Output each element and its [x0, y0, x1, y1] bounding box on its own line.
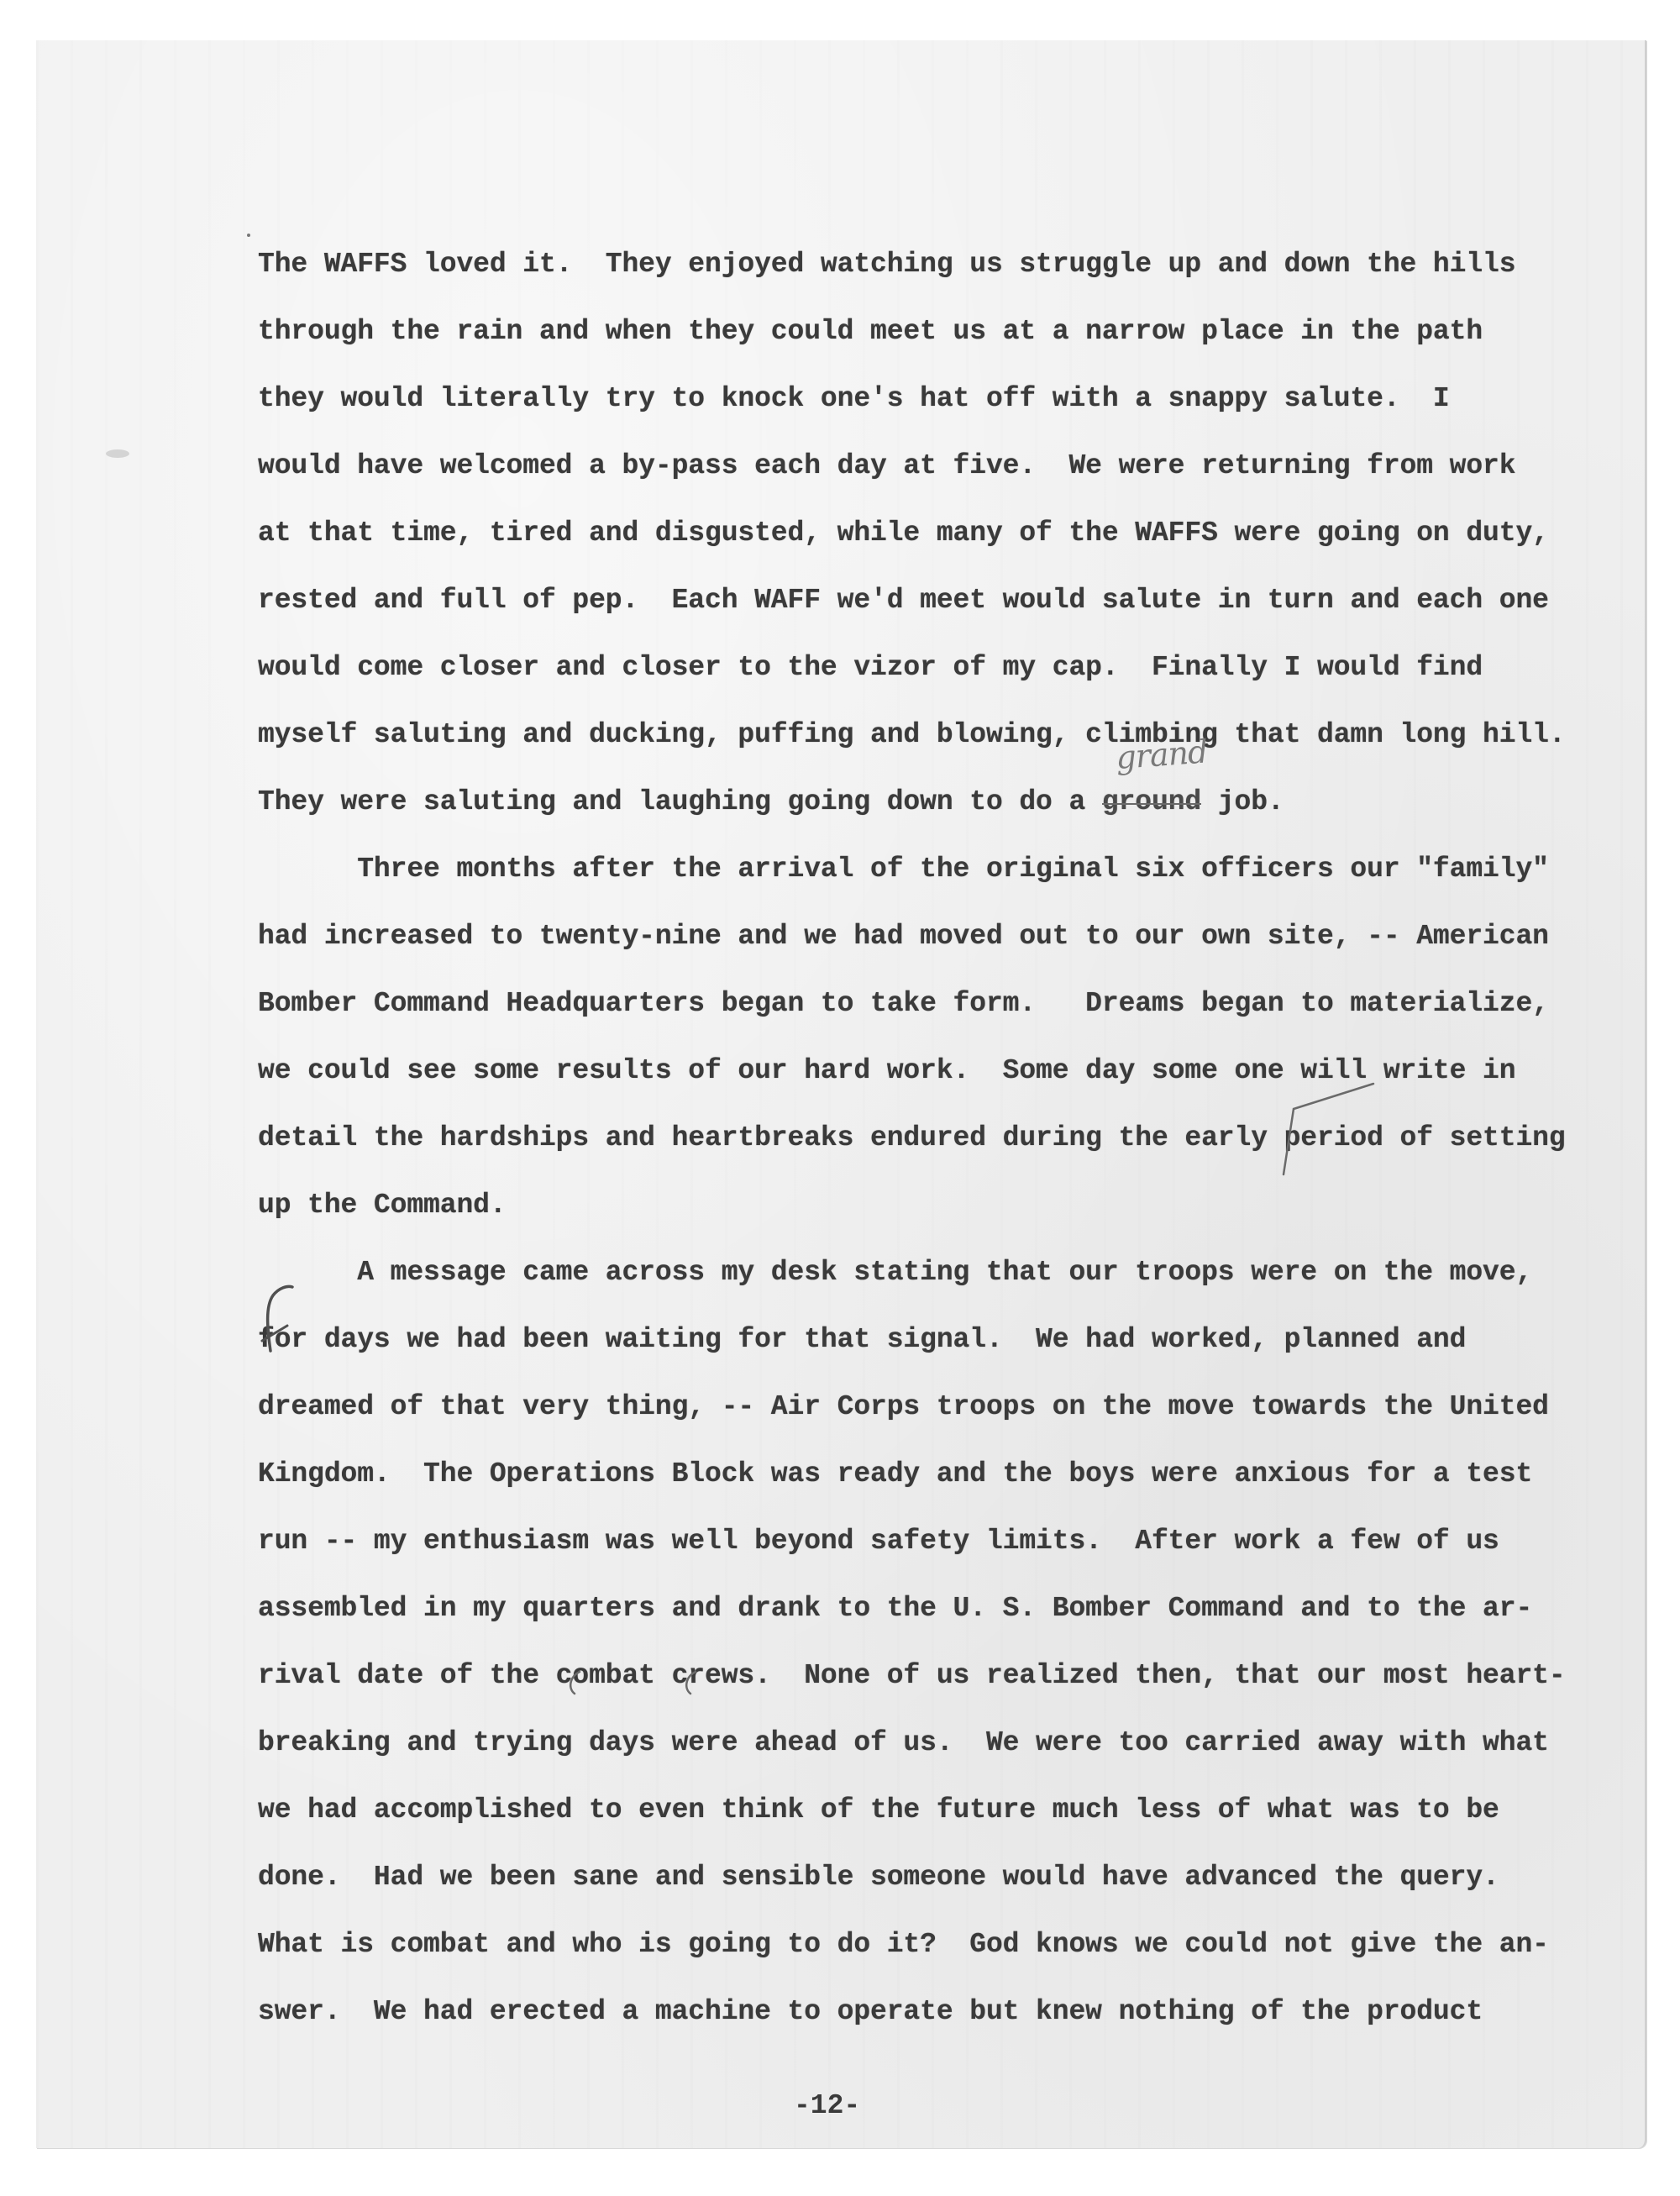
page-number: -12-	[794, 2090, 860, 2121]
text-line: rested and full of pep. Each WAFF we'd m…	[258, 586, 1549, 614]
text-line-with-correction: They were saluting and laughing going do…	[258, 788, 1284, 816]
text-line: would come closer and closer to the vizo…	[258, 654, 1483, 681]
text-line: up the Command.	[258, 1191, 507, 1219]
text-line: for days we had been waiting for that si…	[258, 1326, 1466, 1353]
struck-word: ground	[1102, 786, 1201, 817]
line-tail: job.	[1201, 786, 1284, 817]
text-line: at that time, tired and disgusted, while…	[258, 519, 1549, 547]
text-line: run -- my enthusiasm was well beyond saf…	[258, 1527, 1499, 1555]
paper-sheet	[36, 40, 1646, 2148]
text-line: detail the hardships and heartbreaks end…	[258, 1124, 1566, 1152]
text-line: we could see some results of our hard wo…	[258, 1057, 1515, 1085]
text-line: had increased to twenty-nine and we had …	[258, 922, 1549, 950]
text-line: they would literally try to knock one's …	[258, 385, 1450, 412]
handwritten-insertion: grand	[1115, 733, 1209, 776]
text-line: swer. We had erected a machine to operat…	[258, 1998, 1483, 2025]
paragraph-start-line: Three months after the arrival of the or…	[258, 855, 1549, 883]
text-line: Bomber Command Headquarters began to tak…	[258, 990, 1549, 1017]
text-line: would have welcomed a by-pass each day a…	[258, 452, 1515, 480]
text-line: myself saluting and ducking, puffing and…	[258, 721, 1566, 749]
text-line: breaking and trying days were ahead of u…	[258, 1729, 1549, 1757]
text-line: rival date of the combat crews. None of …	[258, 1662, 1566, 1689]
text-line: assembled in my quarters and drank to th…	[258, 1594, 1532, 1622]
text-line: Kingdom. The Operations Block was ready …	[258, 1460, 1532, 1488]
text-line: dreamed of that very thing, -- Air Corps…	[258, 1393, 1549, 1421]
paragraph-start-line: A message came across my desk stating th…	[258, 1258, 1532, 1286]
line-text: They were saluting and laughing going do…	[258, 786, 1102, 817]
text-line: What is combat and who is going to do it…	[258, 1931, 1549, 1958]
text-line: done. Had we been sane and sensible some…	[258, 1863, 1499, 1891]
text-line: The WAFFS loved it. They enjoyed watchin…	[258, 250, 1515, 278]
text-line: through the rain and when they could mee…	[258, 318, 1483, 345]
text-line: we had accomplished to even think of the…	[258, 1796, 1499, 1824]
